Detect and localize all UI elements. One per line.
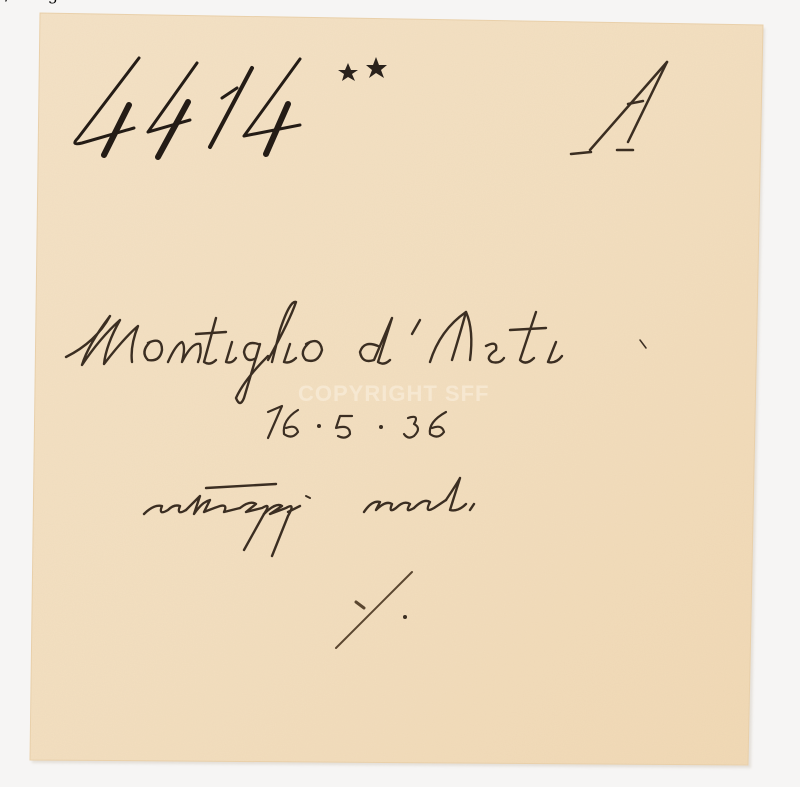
watermark-text: COPYRIGHT SFF xyxy=(298,381,489,406)
scan-background: COPYRIGHT SFF ** xyxy=(0,0,800,787)
paper-label: COPYRIGHT SFF ** xyxy=(0,0,800,787)
closing-mark-text: ·/· xyxy=(0,0,16,4)
description-text: attrezzi rurali xyxy=(0,0,112,4)
